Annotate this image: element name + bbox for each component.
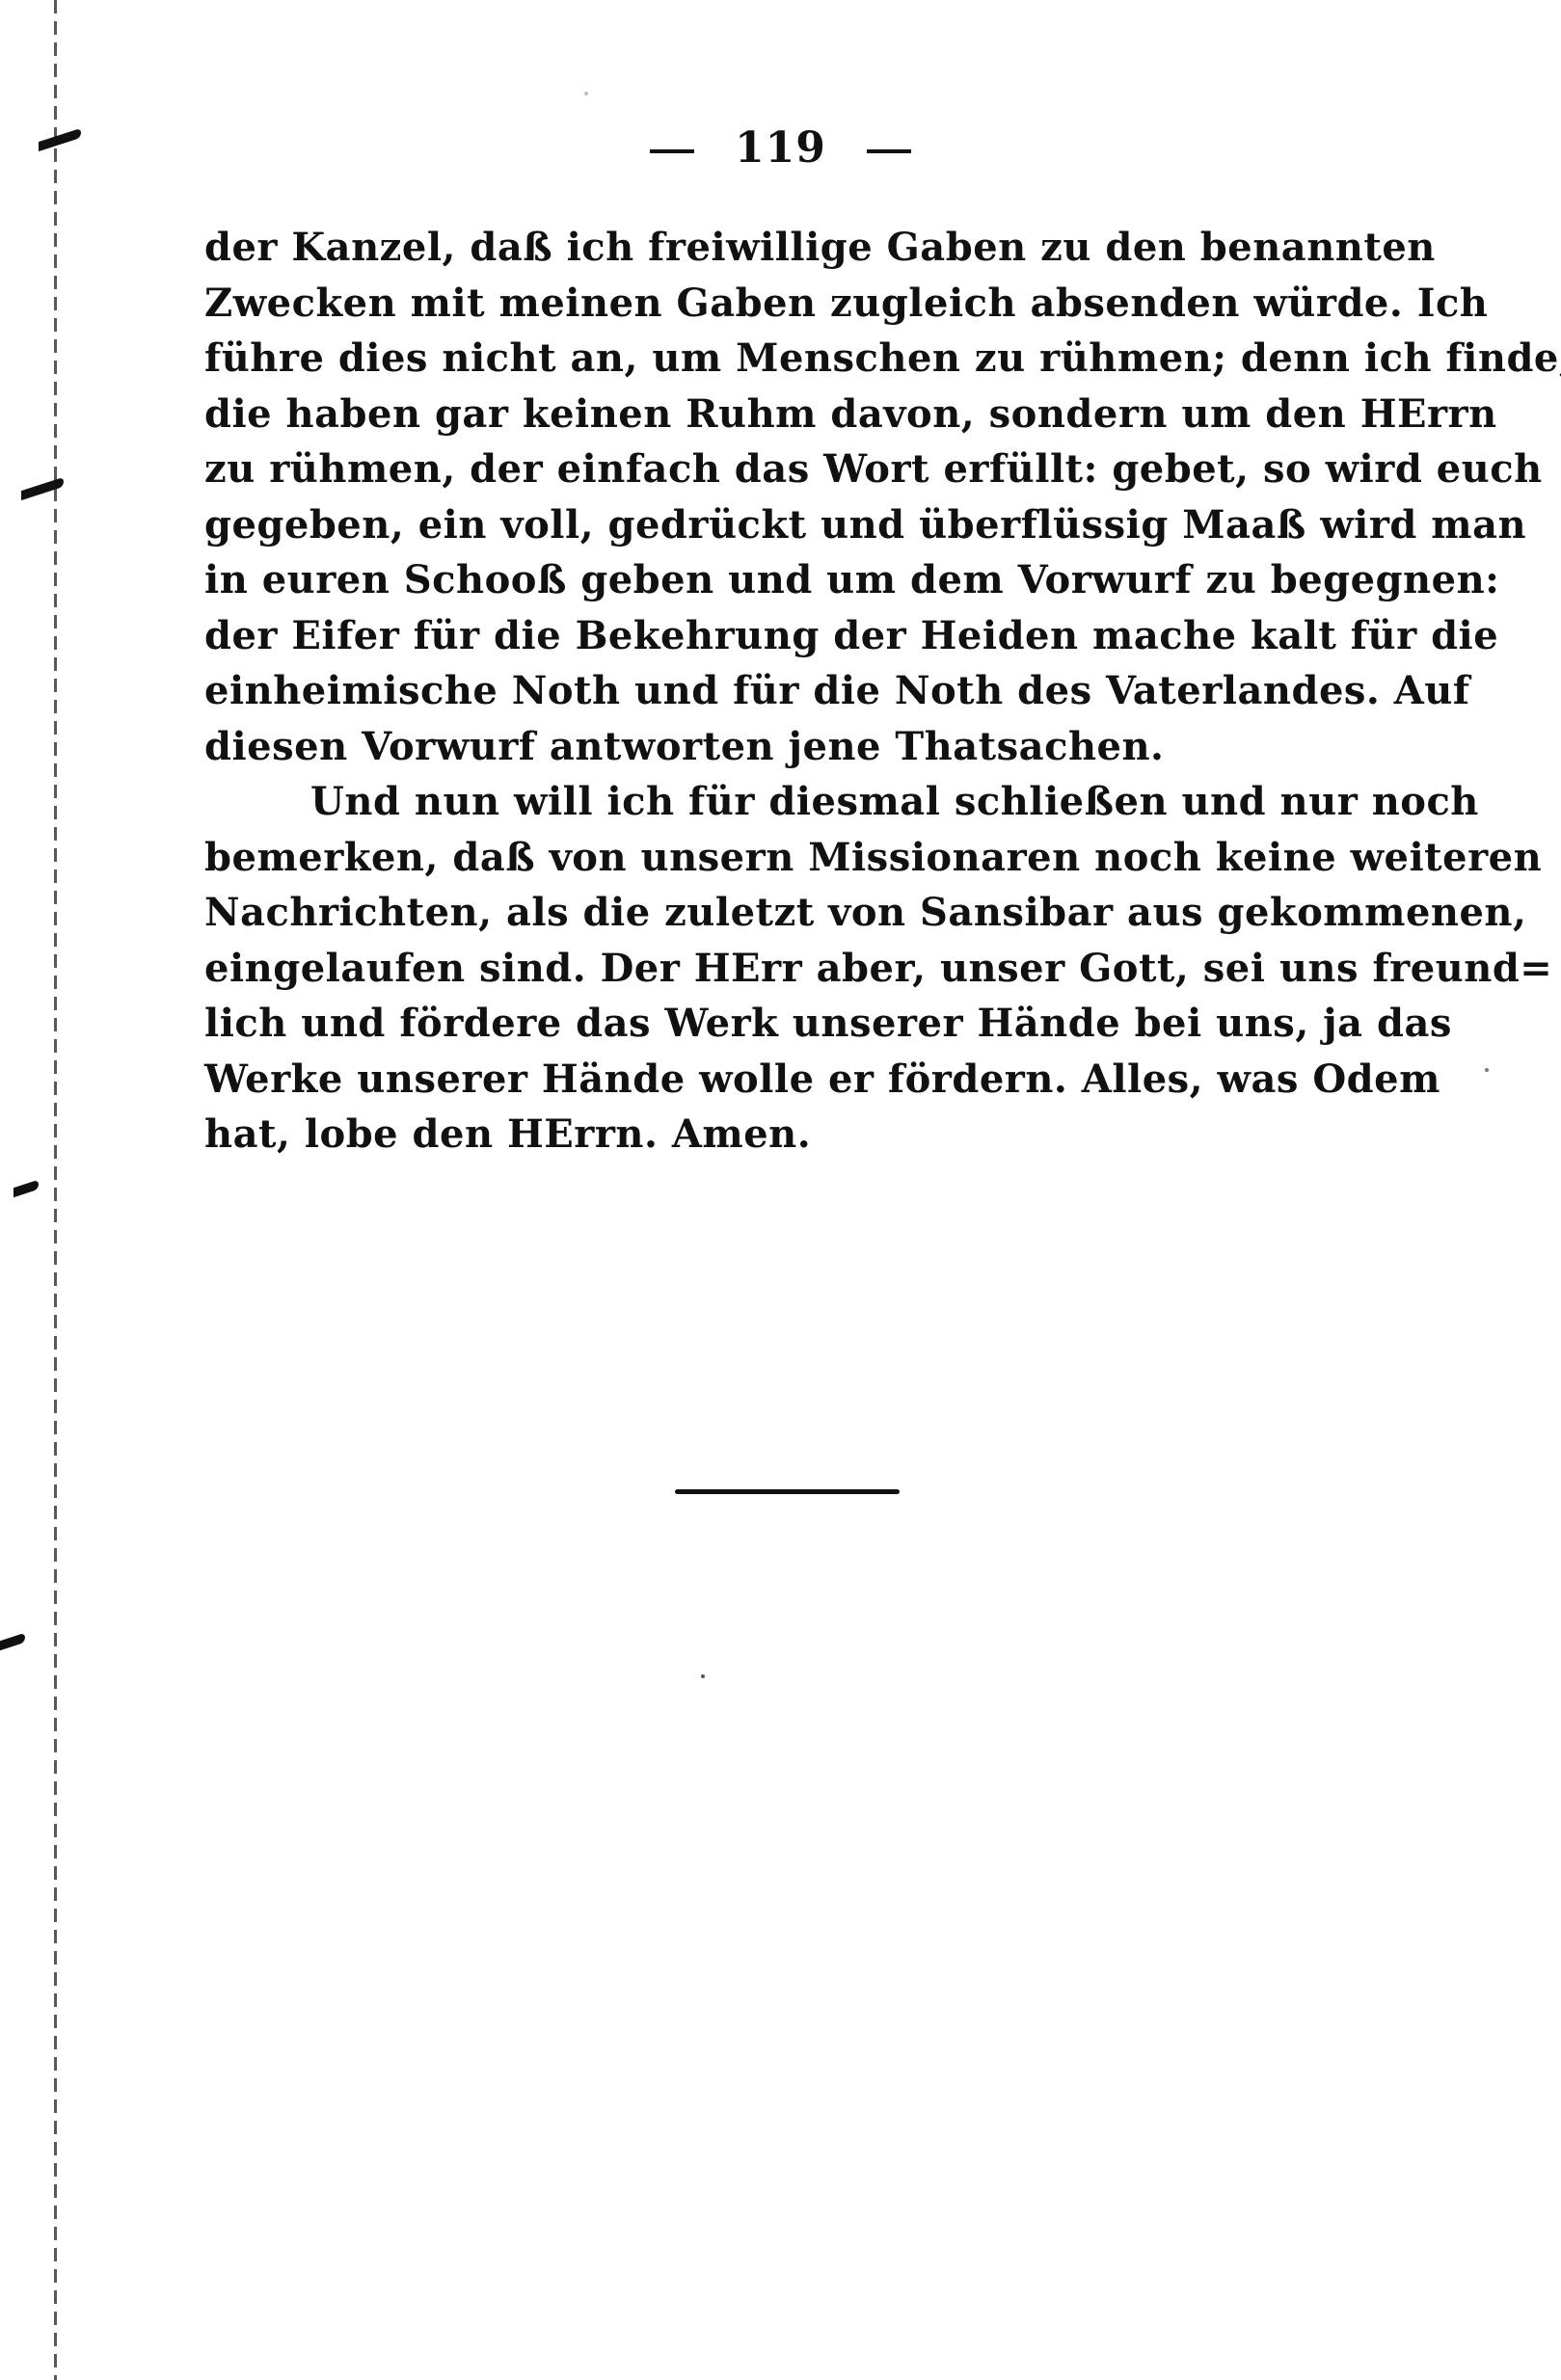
text-line: führe dies nicht an, um Menschen zu rühm… (204, 331, 1396, 387)
text-line: gegeben, ein voll, gedrückt und überflüs… (204, 497, 1396, 553)
page-number-dash-right (867, 149, 911, 153)
body-text: der Kanzel, daß ich freiwillige Gaben zu… (204, 220, 1396, 1163)
text-line: einheimische Noth und für die Noth des V… (204, 663, 1396, 719)
binding-edge-line (54, 0, 57, 2380)
scan-speck (584, 92, 588, 95)
paragraph-1: der Kanzel, daß ich freiwillige Gaben zu… (204, 220, 1396, 774)
book-page: 119 der Kanzel, daß ich freiwillige Gabe… (0, 0, 1561, 2380)
page-number-header: 119 (0, 123, 1561, 173)
binding-edge-mark (13, 1180, 39, 1197)
binding-edge-mark (0, 1633, 25, 1650)
text-line: eingelaufen sind. Der HErr aber, unser G… (204, 941, 1396, 997)
text-line: Zwecken mit meinen Gaben zugleich absend… (204, 276, 1396, 332)
text-line: Werke unserer Hände wolle er fördern. Al… (204, 1052, 1396, 1108)
text-line: lich und fördere das Werk unserer Hände … (204, 996, 1396, 1052)
scan-speck (1485, 1068, 1489, 1072)
text-line: zu rühmen, der einfach das Wort erfüllt:… (204, 441, 1396, 497)
scan-speck (701, 1674, 705, 1678)
text-line: der Kanzel, daß ich freiwillige Gaben zu… (204, 220, 1396, 276)
text-line: Nachrichten, als die zuletzt von Sansiba… (204, 885, 1396, 941)
binding-edge-mark (21, 477, 64, 500)
paragraph-2: Und nun will ich für diesmal schließen u… (204, 774, 1396, 1163)
section-separator-rule (675, 1489, 900, 1494)
page-number: 119 (735, 123, 826, 173)
text-line: in euren Schooß geben und um dem Vorwurf… (204, 552, 1396, 608)
text-line: hat, lobe den HErrn. Amen. (204, 1107, 1396, 1163)
text-line: bemerken, daß von unsern Missionaren noc… (204, 830, 1396, 886)
text-line: die haben gar keinen Ruhm davon, sondern… (204, 387, 1396, 442)
text-line: der Eifer für die Bekehrung der Heiden m… (204, 608, 1396, 664)
page-number-dash-left (650, 149, 694, 153)
text-line: diesen Vorwurf antworten jene Thatsachen… (204, 719, 1396, 775)
text-line: Und nun will ich für diesmal schließen u… (204, 774, 1396, 830)
